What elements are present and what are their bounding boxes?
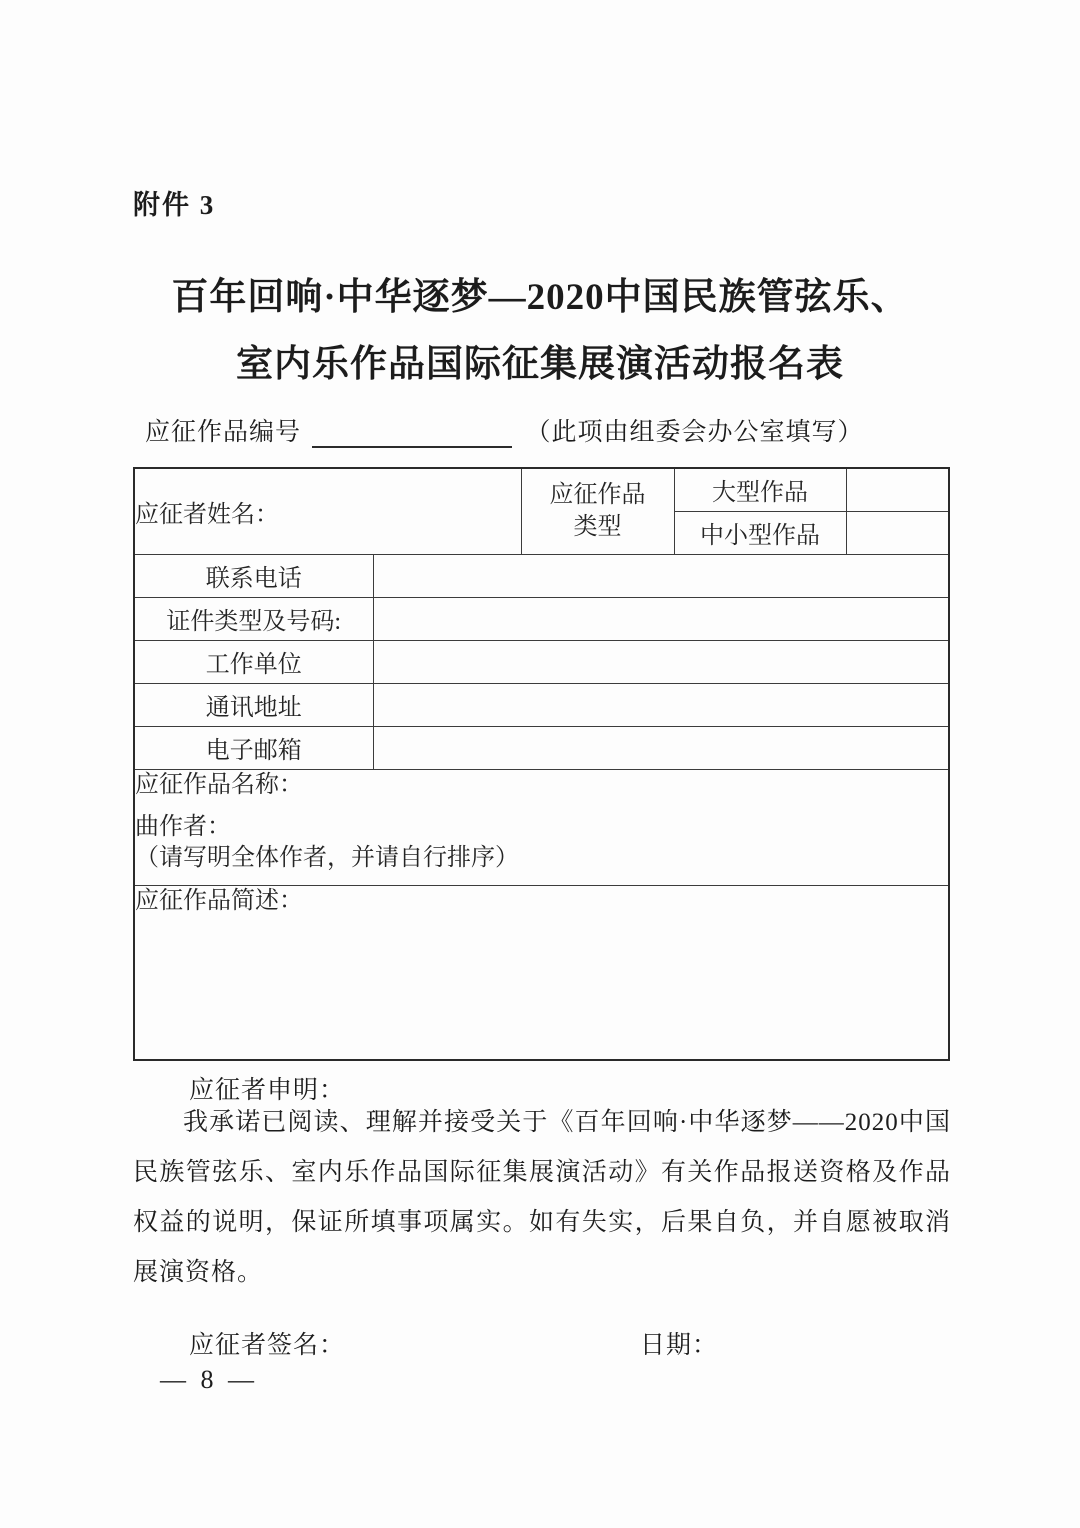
work-type-label-line1: 应征作品: [522, 479, 674, 511]
work-number-blank: [312, 421, 512, 448]
employer-label-cell: 工作单位: [134, 640, 373, 683]
email-label-cell: 电子邮箱: [134, 726, 373, 769]
table-row: 联系电话: [134, 554, 949, 597]
work-number-note: （此项由组委会办公室填写）: [526, 419, 864, 446]
email-input-cell: [373, 726, 949, 769]
employer-label: 工作单位: [206, 652, 302, 678]
work-title-composer-cell: 应征作品名称： 曲作者： （请写明全体作者，并请自行排序）: [134, 769, 949, 885]
work-number-line: 应征作品编号 （此项由组委会办公室填写）: [145, 412, 864, 448]
employer-input-cell: [373, 640, 949, 683]
table-row: 应征作品名称： 曲作者： （请写明全体作者，并请自行排序）: [134, 769, 949, 885]
address-label-cell: 通讯地址: [134, 683, 373, 726]
work-type-small-label-cell: 中小型作品: [674, 511, 846, 554]
work-type-large-label-cell: 大型作品: [674, 468, 846, 511]
table-row: 应征者姓名： 应征作品 类型 大型作品: [134, 468, 949, 511]
declaration-body: 我承诺已阅读、理解并接受关于《百年回响·中华逐梦——2020中国民族管弦乐、室内…: [133, 1098, 951, 1298]
work-type-large-label: 大型作品: [712, 480, 808, 506]
composer-label: 曲作者：: [135, 812, 948, 843]
blank-space: [135, 801, 948, 812]
work-title-label: 应征作品名称：: [135, 770, 948, 801]
table-row: 应征作品简述：: [134, 885, 949, 1060]
table-row: 证件类型及号码:: [134, 597, 949, 640]
work-type-label-line2: 类型: [522, 511, 674, 543]
phone-input-cell: [373, 554, 949, 597]
work-type-large-input-cell: [846, 468, 949, 511]
attachment-label: 附件 3: [133, 183, 215, 222]
table-row: 工作单位: [134, 640, 949, 683]
work-brief-cell: 应征作品简述：: [134, 885, 949, 1060]
id-type-label-cell: 证件类型及号码:: [134, 597, 373, 640]
applicant-name-label: 应征者姓名：: [135, 502, 279, 528]
table-row: 通讯地址: [134, 683, 949, 726]
work-type-small-input-cell: [846, 511, 949, 554]
phone-label: 联系电话: [206, 566, 302, 592]
address-input-cell: [373, 683, 949, 726]
document-title-line2: 室内乐作品国际征集展演活动报名表: [80, 333, 1000, 387]
id-type-label: 证件类型及号码:: [166, 609, 341, 635]
table-row: 电子邮箱: [134, 726, 949, 769]
page-number: — 8 —: [160, 1365, 258, 1395]
work-number-label: 应征作品编号: [145, 419, 301, 446]
applicant-name-cell: 应征者姓名：: [134, 468, 521, 554]
signature-label: 应征者签名：: [189, 1325, 345, 1361]
work-type-header-cell: 应征作品 类型: [521, 468, 674, 554]
registration-form-table: 应征者姓名： 应征作品 类型 大型作品 中小型作品 联系电话: [133, 467, 950, 1061]
document-title-line1: 百年回响·中华逐梦—2020中国民族管弦乐、: [80, 266, 1000, 320]
phone-label-cell: 联系电话: [134, 554, 373, 597]
composer-note: （请写明全体作者，并请自行排序）: [135, 843, 948, 874]
document-page: 附件 3 百年回响·中华逐梦—2020中国民族管弦乐、 室内乐作品国际征集展演活…: [0, 0, 1080, 1528]
work-brief-label: 应征作品简述：: [135, 886, 948, 917]
id-type-input-cell: [373, 597, 949, 640]
date-label: 日期：: [640, 1325, 718, 1361]
address-label: 通讯地址: [206, 695, 302, 721]
email-label: 电子邮箱: [206, 738, 302, 764]
work-type-small-label: 中小型作品: [700, 523, 820, 549]
